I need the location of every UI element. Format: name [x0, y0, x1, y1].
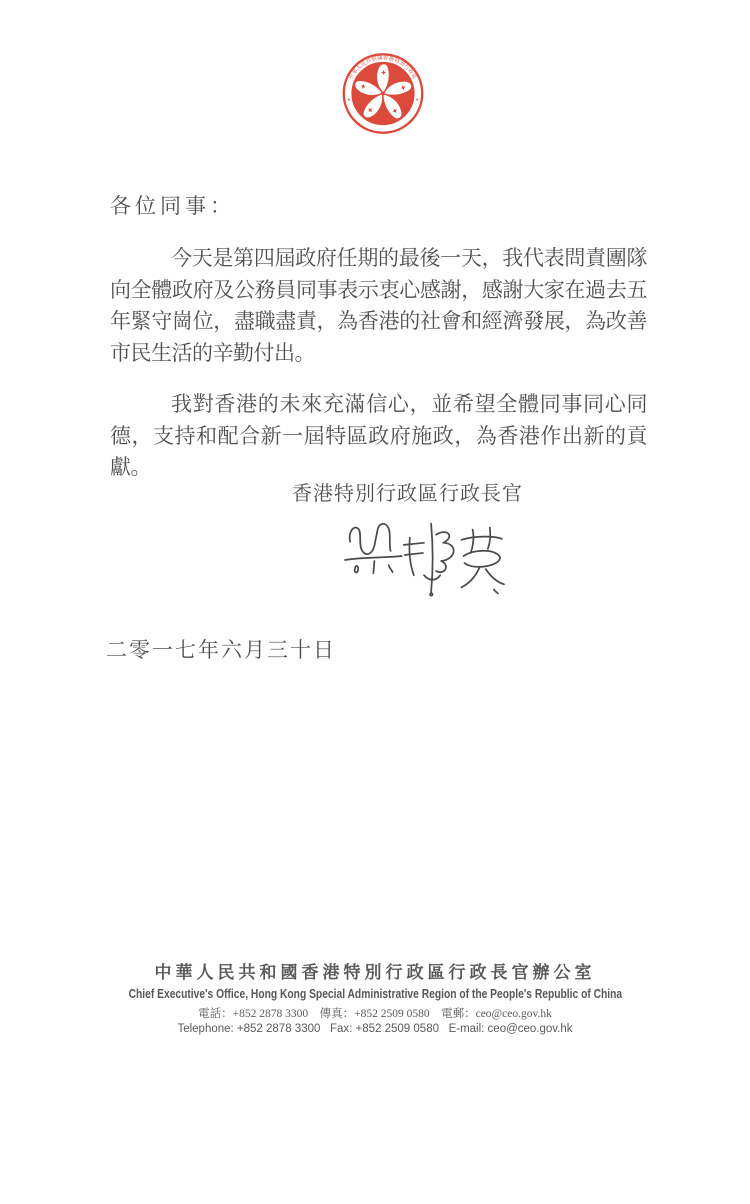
salutation: 各位同事：: [110, 190, 235, 220]
letter-date: 二零一七年六月三十日: [106, 634, 336, 664]
office-name-en: Chief Executive's Office, Hong Kong Spec…: [0, 986, 750, 1001]
contact-line-en: Telephone: +852 2878 3300 Fax: +852 2509…: [0, 1023, 750, 1035]
letter-page: 中華人民共和國香港特別行政區 HONG KONG: [0, 0, 750, 1204]
paragraph-1: 今天是第四屆政府任期的最後一天，我代表問責團隊向全體政府及公務員同事表示衷心感謝…: [110, 243, 647, 369]
emblem-right-dot: [416, 99, 418, 101]
footer-letterhead: 中華人民共和國香港特別行政區行政長官辦公室 Chief Executive's …: [0, 958, 750, 1035]
office-name-zh: 中華人民共和國香港特別行政區行政長官辦公室: [0, 958, 750, 983]
emblem-left-dot: [348, 99, 350, 101]
signoff-title: 香港特別行政區行政長官: [292, 477, 523, 506]
signature-handwriting: 梁振英: [343, 517, 505, 599]
letter-body: 今天是第四屆政府任期的最後一天，我代表問責團隊向全體政府及公務員同事表示衷心感謝…: [110, 243, 647, 484]
paragraph-2: 我對香港的未來充滿信心，並希望全體同事同心同德，支持和配合新一屆特區政府施政，為…: [110, 389, 647, 484]
hksar-emblem-icon: 中華人民共和國香港特別行政區 HONG KONG: [340, 50, 426, 137]
contact-line-zh: 電話：+852 2878 3300 傳真：+852 2509 0580 電郵：c…: [0, 1005, 750, 1021]
